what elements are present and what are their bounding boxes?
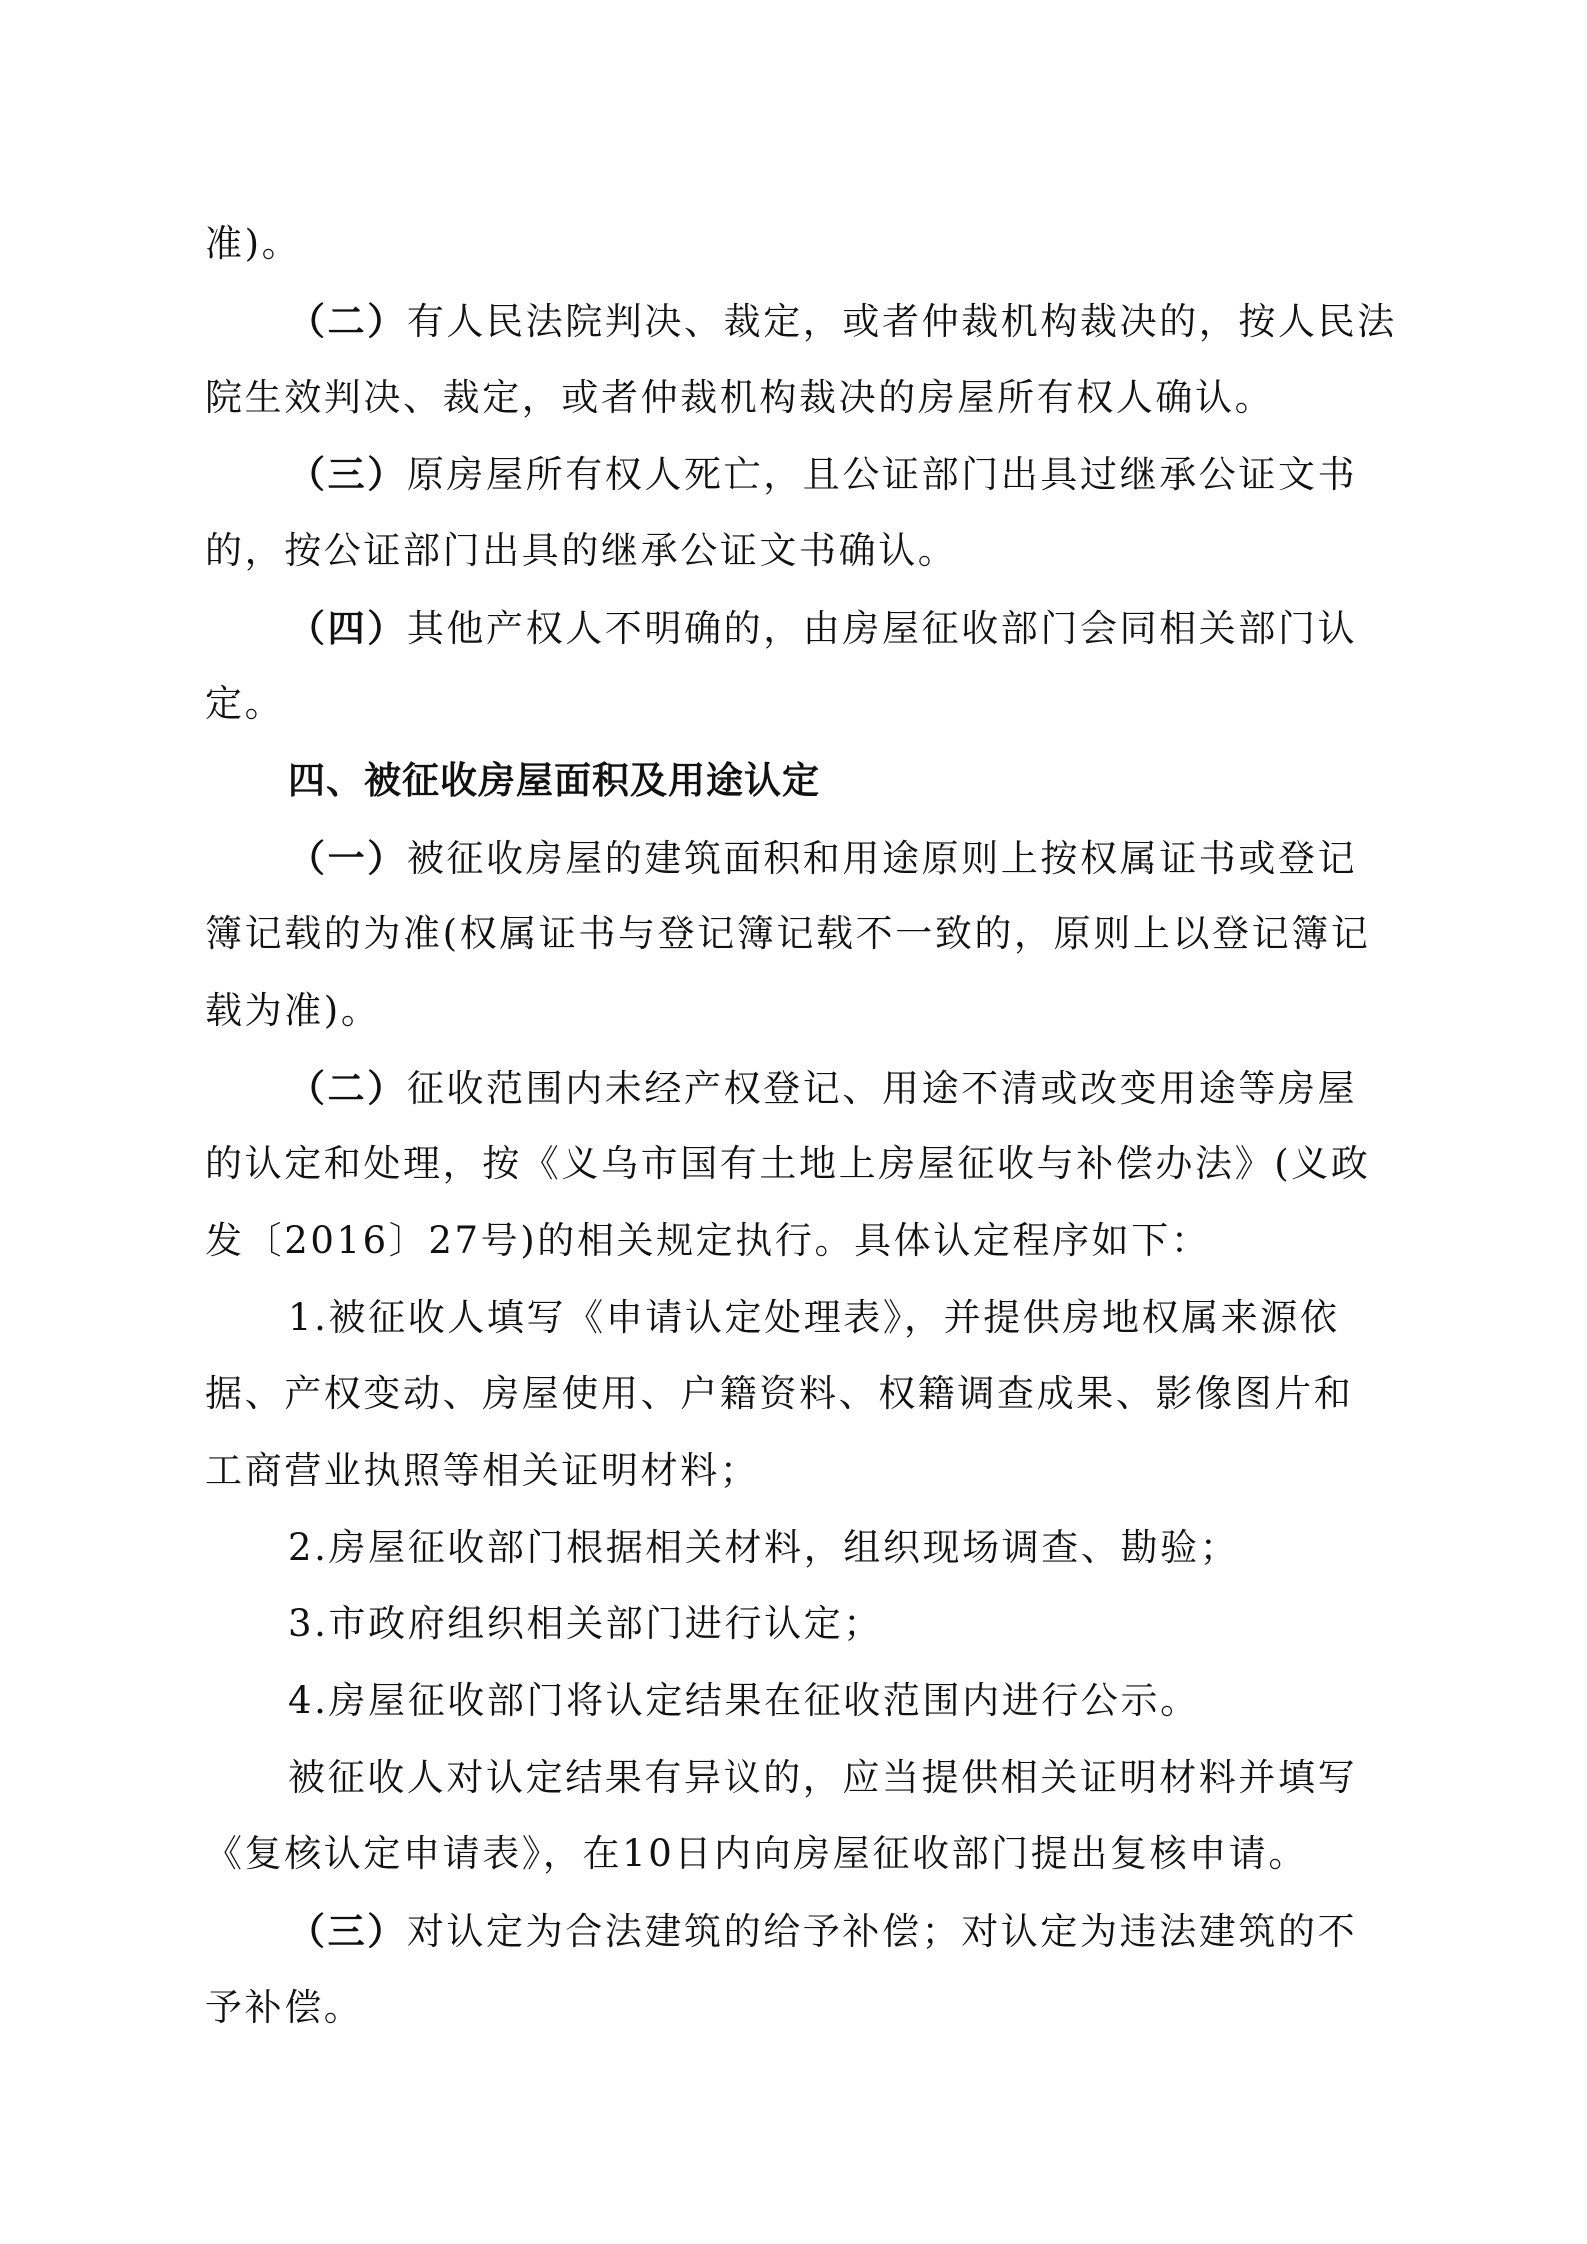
text-line: 簿记载的为准(权属证书与登记簿记载不一致的，原则上以登记簿记: [205, 912, 1395, 956]
clause-item: （三）对认定为合法建筑的给予补偿；对认定为违法建筑的不: [288, 1909, 1478, 1954]
line-text: 工商营业执照等相关证明材料；: [205, 1449, 759, 1492]
document-page: 准)。 （二）有人民法院判决、裁定，或者仲裁机构裁决的，按人民法 院生效判决、裁…: [0, 0, 1587, 2244]
clause-marker: （三）: [288, 452, 407, 496]
line-text: 3.市政府组织相关部门进行认定；: [288, 1602, 883, 1645]
line-text: 2.房屋征收部门根据相关材料，组织现场调查、勘验；: [288, 1526, 1239, 1569]
clause-item: （二）征收范围内未经产权登记、用途不清或改变用途等房屋: [288, 1066, 1478, 1111]
clause-item: （一）被征收房屋的建筑面积和用途原则上按权属证书或登记: [288, 836, 1478, 881]
line-text: 定。: [205, 682, 284, 725]
numbered-item: 1.被征收人填写《申请认定处理表》，并提供房地权属来源依: [288, 1296, 1478, 1340]
text-line: 载为准)。: [205, 989, 1395, 1033]
numbered-item: 2.房屋征收部门根据相关材料，组织现场调查、勘验；: [288, 1526, 1478, 1570]
clause-item: （二）有人民法院判决、裁定，或者仲裁机构裁决的，按人民法: [288, 299, 1478, 344]
line-text: 被征收房屋的建筑面积和用途原则上按权属证书或登记: [407, 837, 1357, 880]
line-text: 予补偿。: [205, 1986, 363, 2029]
clause-item: （四）其他产权人不明确的，由房屋征收部门会同相关部门认: [288, 606, 1478, 651]
clause-marker: （二）: [288, 1066, 407, 1110]
clause-marker: （三）: [288, 1909, 407, 1953]
clause-marker: （一）: [288, 836, 407, 880]
text-line: 院生效判决、裁定，或者仲裁机构裁决的房屋所有权人确认。: [205, 376, 1395, 420]
section-heading: 四、被征收房屋面积及用途认定: [288, 759, 1478, 803]
line-text: 1.被征收人填写《申请认定处理表》，并提供房地权属来源依: [288, 1296, 1340, 1339]
text-line: 准)。: [205, 222, 1395, 266]
text-line: 予补偿。: [205, 1986, 1395, 2030]
text-line: 发〔2016〕27号)的相关规定执行。具体认定程序如下：: [205, 1219, 1395, 1263]
line-text: 院生效判决、裁定，或者仲裁机构裁决的房屋所有权人确认。: [205, 376, 1274, 419]
line-text: 对认定为合法建筑的给予补偿；对认定为违法建筑的不: [407, 1910, 1357, 1953]
text-line: 定。: [205, 682, 1395, 726]
line-text: 征收范围内未经产权登记、用途不清或改变用途等房屋: [407, 1067, 1357, 1110]
line-text: 其他产权人不明确的，由房屋征收部门会同相关部门认: [407, 607, 1357, 650]
heading-text: 四、被征收房屋面积及用途认定: [288, 759, 820, 802]
line-text: 被征收人对认定结果有异议的，应当提供相关证明材料并填写: [288, 1756, 1357, 1799]
numbered-item: 4.房屋征收部门将认定结果在征收范围内进行公示。: [288, 1679, 1478, 1723]
clause-item: （三）原房屋所有权人死亡，且公证部门出具过继承公证文书: [288, 452, 1478, 497]
line-text: 据、产权变动、房屋使用、户籍资料、权籍调查成果、影像图片和: [205, 1372, 1353, 1415]
text-line: 据、产权变动、房屋使用、户籍资料、权籍调查成果、影像图片和: [205, 1372, 1395, 1416]
line-text: 的，按公证部门出具的继承公证文书确认。: [205, 529, 957, 572]
clause-marker: （四）: [288, 606, 407, 650]
numbered-item: 3.市政府组织相关部门进行认定；: [288, 1602, 1478, 1646]
line-text: 载为准)。: [205, 989, 380, 1032]
line-text: 的认定和处理，按《义乌市国有土地上房屋征收与补偿办法》(义政: [205, 1142, 1370, 1185]
line-text: 原房屋所有权人死亡，且公证部门出具过继承公证文书: [407, 453, 1357, 496]
line-text: 发〔2016〕27号)的相关规定执行。具体认定程序如下：: [205, 1219, 1210, 1262]
text-line: 的认定和处理，按《义乌市国有土地上房屋征收与补偿办法》(义政: [205, 1142, 1395, 1186]
text-line: 的，按公证部门出具的继承公证文书确认。: [205, 529, 1395, 573]
line-text: 4.房屋征收部门将认定结果在征收范围内进行公示。: [288, 1679, 1200, 1722]
text-line: 《复核认定申请表》，在10日内向房屋征收部门提出复核申请。: [205, 1832, 1395, 1876]
line-text: 有人民法院判决、裁定，或者仲裁机构裁决的，按人民法: [407, 300, 1397, 343]
text-line: 被征收人对认定结果有异议的，应当提供相关证明材料并填写: [288, 1756, 1478, 1800]
line-text: 准)。: [205, 222, 301, 265]
line-text: 《复核认定申请表》，在10日内向房屋征收部门提出复核申请。: [205, 1832, 1308, 1875]
clause-marker: （二）: [288, 299, 407, 343]
text-line: 工商营业执照等相关证明材料；: [205, 1449, 1395, 1493]
line-text: 簿记载的为准(权属证书与登记簿记载不一致的，原则上以登记簿记: [205, 912, 1370, 955]
